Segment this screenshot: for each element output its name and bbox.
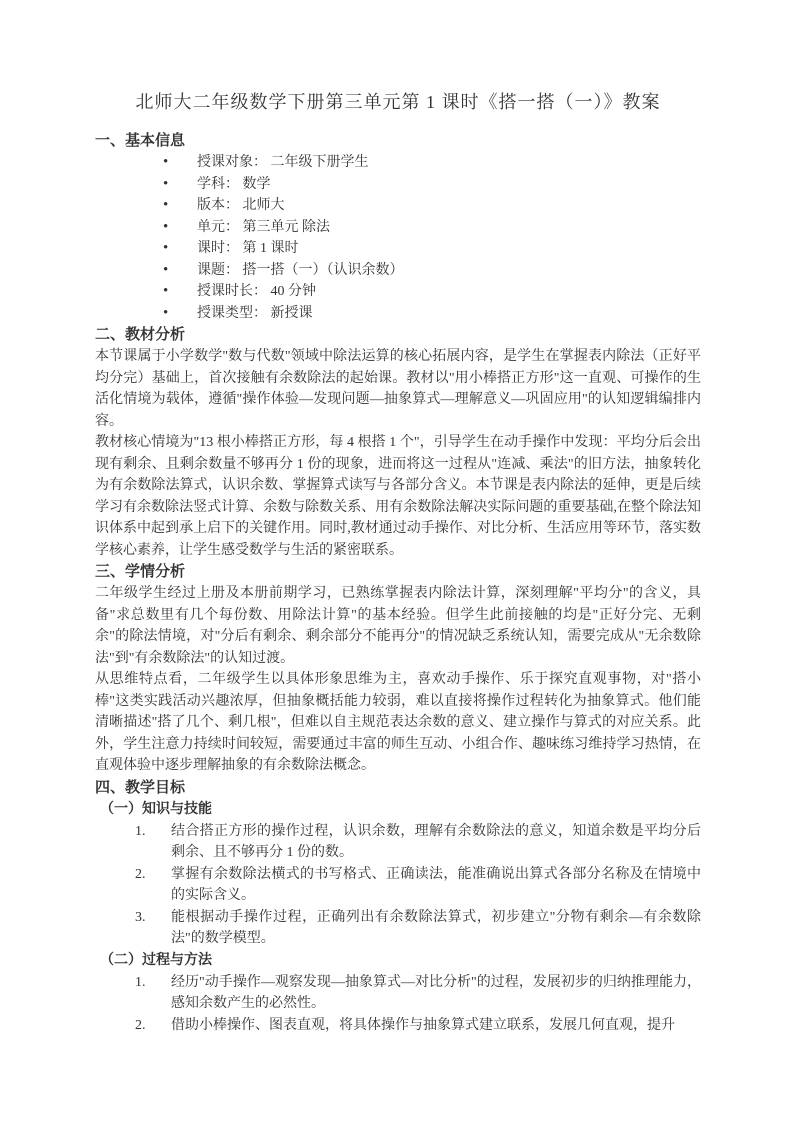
document-title: 北师大二年级数学下册第三单元第 1 课时《搭一搭（一）》教案 [95, 88, 701, 116]
basic-info-item: 学科： 数学 [95, 174, 701, 196]
objective-item: 经历"动手操作—观察发现—抽象算式—对比分析"的过程，发展初步的归纳推理能力，感… [95, 972, 701, 1015]
section-heading-basic-info: 一、基本信息 [95, 130, 701, 152]
basic-info-item: 课时： 第 1 课时 [95, 238, 701, 260]
subsection-heading-process-methods: （二）过程与方法 [95, 950, 701, 972]
textbook-analysis-paragraph-2: 教材核心情境为"13 根小棒搭正方形，每 4 根搭 1 个"，引导学生在动手操作… [95, 432, 701, 561]
objective-item: 掌握有余数除法横式的书写格式、正确读法，能准确说出算式各部分名称及在情境中的实际… [95, 864, 701, 907]
section-learner-analysis: 三、学情分析 二年级学生经过上册及本册前期学习，已熟练掌握表内除法计算，深刻理解… [95, 561, 701, 777]
objective-item: 能根据动手操作过程，正确列出有余数除法算式，初步建立"分物有剩余—有余数除法"的… [95, 907, 701, 950]
basic-info-item: 课题： 搭一搭（一）（认识余数） [95, 260, 701, 282]
textbook-analysis-paragraph-1: 本节课属于小学数学"数与代数"领域中除法运算的核心拓展内容，是学生在掌握表内除法… [95, 346, 701, 432]
basic-info-item: 单元： 第三单元 除法 [95, 217, 701, 239]
basic-info-item: 授课对象： 二年级下册学生 [95, 152, 701, 174]
section-heading-learner-analysis: 三、学情分析 [95, 561, 701, 583]
basic-info-item: 授课类型： 新授课 [95, 303, 701, 325]
section-teaching-objectives: 四、教学目标 （一）知识与技能 结合搭正方形的操作过程，认识余数，理解有余数除法… [95, 777, 701, 1037]
section-basic-info: 一、基本信息 授课对象： 二年级下册学生 学科： 数学 版本： 北师大 单元： … [95, 130, 701, 324]
section-heading-teaching-objectives: 四、教学目标 [95, 777, 701, 799]
basic-info-item: 版本： 北师大 [95, 195, 701, 217]
basic-info-list: 授课对象： 二年级下册学生 学科： 数学 版本： 北师大 单元： 第三单元 除法… [95, 152, 701, 324]
knowledge-skills-list: 结合搭正方形的操作过程，认识余数，理解有余数除法的意义，知道余数是平均分后剩余、… [95, 821, 701, 950]
document-page: 北师大二年级数学下册第三单元第 1 课时《搭一搭（一）》教案 一、基本信息 授课… [0, 0, 794, 1123]
learner-analysis-paragraph-2: 从思维特点看，二年级学生以具体形象思维为主，喜欢动手操作、乐于探究直观事物，对"… [95, 669, 701, 777]
objective-item: 结合搭正方形的操作过程，认识余数，理解有余数除法的意义，知道余数是平均分后剩余、… [95, 821, 701, 864]
objective-item: 借助小棒操作、图表直观，将具体操作与抽象算式建立联系，发展几何直观，提升 [95, 1015, 701, 1037]
subsection-heading-knowledge-skills: （一）知识与技能 [95, 799, 701, 821]
basic-info-item: 授课时长： 40 分钟 [95, 281, 701, 303]
section-textbook-analysis: 二、教材分析 本节课属于小学数学"数与代数"领域中除法运算的核心拓展内容，是学生… [95, 324, 701, 561]
learner-analysis-paragraph-1: 二年级学生经过上册及本册前期学习，已熟练掌握表内除法计算，深刻理解"平均分"的含… [95, 583, 701, 669]
process-methods-list: 经历"动手操作—观察发现—抽象算式—对比分析"的过程，发展初步的归纳推理能力，感… [95, 972, 701, 1037]
section-heading-textbook-analysis: 二、教材分析 [95, 324, 701, 346]
